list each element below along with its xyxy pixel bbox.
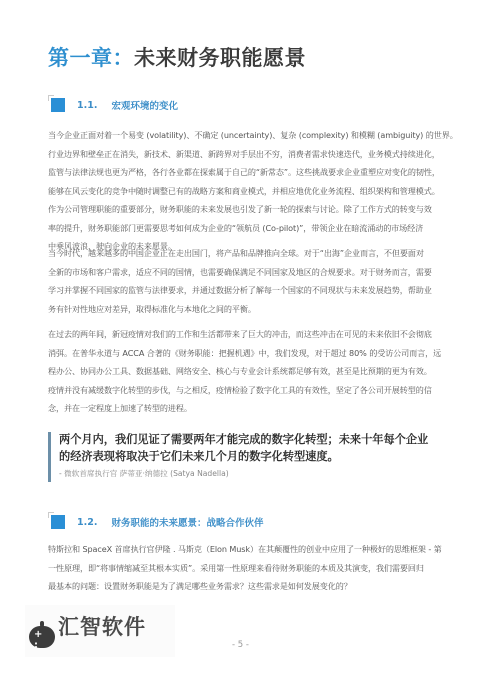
pull-quote: 两个月内，我们见证了需要两年才能完成的数字化转型；未来十年每个企业 的经济表现将… — [48, 432, 479, 482]
section-number: 1.1. — [77, 100, 97, 111]
paragraph-1: 当今企业正面对着一个易变 (volatility)、不确定 (uncertain… — [48, 126, 460, 256]
quote-line: 两个月内，我们见证了需要两年才能完成的数字化转型；未来十年每个企业 — [59, 432, 479, 449]
document-page: 第一章：未来财务职能愿景 1.1. 宏观环境的变化 当今企业正面对着一个易变 (… — [0, 0, 500, 678]
text-line: 能够在风云变化的竞争中随时调整已有的战略方案和商业模式，并相应地优化业务流程、组… — [48, 182, 460, 201]
text-line: 务有针对性地应对差异，取得标准化与本地化之间的平衡。 — [48, 300, 460, 319]
text-line: 当今企业正面对着一个易变 (volatility)、不确定 (uncertain… — [48, 126, 460, 145]
chapter-number: 第一章： — [48, 46, 134, 70]
text-line: 念，并在一定程度上加速了转型的进程。 — [48, 399, 460, 418]
text-line: 疫情并没有减缓数字化转型的步伐，与之相反，疫情检验了数字化工具的有效性，坚定了各… — [48, 381, 460, 400]
text-line: 监管与法律法规也更为严格，各行各业都在探索属于自己的“新常态”。这些挑战要求企业… — [48, 163, 460, 182]
watermark-logo: 汇智软件 — [25, 605, 175, 657]
section-heading-1-1: 1.1. 宏观环境的变化 — [51, 96, 178, 114]
text-line: 当今时代，越来越多的中国企业正在走出国门，将产品和品牌推向全球。对于“出海”企业… — [48, 244, 460, 263]
paragraph-2: 当今时代，越来越多的中国企业正在走出国门，将产品和品牌推向全球。对于“出海”企业… — [48, 244, 460, 318]
paragraph-3: 在过去的两年间，新冠疫情对我们的工作和生活都带来了巨大的冲击，而这些冲击在可见的… — [48, 325, 460, 418]
quote-attribution: - 微软首席执行官 萨蒂亚·纳德拉 (Satya Nadella) — [59, 466, 479, 482]
paragraph-4: 特斯拉和 SpaceX 首席执行官伊隆 . 马斯克（Elon Musk）在其颠覆… — [48, 540, 460, 596]
quote-line: 的经济表现将取决于它们未来几个月的数字化转型速度。 — [59, 449, 479, 466]
section-heading-1-2: 1.2. 财务职能的未来愿景：战略合作伙伴 — [51, 513, 263, 531]
text-line: 特斯拉和 SpaceX 首席执行官伊隆 . 马斯克（Elon Musk）在其颠覆… — [48, 540, 460, 559]
text-line: 作为公司管理职能的重要部分，财务职能的未来发展也引发了新一轮的探索与讨论。除了工… — [48, 200, 460, 219]
logo-text: 汇智软件 — [58, 611, 146, 641]
text-line: 在过去的两年间，新冠疫情对我们的工作和生活都带来了巨大的冲击，而这些冲击在可见的… — [48, 325, 460, 344]
section-title: 宏观环境的变化 — [111, 98, 178, 112]
text-line: 一性原理，即“将事情缩减至其根本实质”。采用第一性原理来看待财务职能的本质及其演… — [48, 559, 460, 578]
text-line: 消弭。在普华永道与 ACCA 合著的《财务职能：把握机遇》中，我们发现，对于超过… — [48, 344, 460, 363]
gamepad-icon — [29, 626, 55, 648]
page-number: - 5 - — [232, 640, 249, 650]
text-line: 率的提升，财务职能部门更需要思考如何成为企业的“领航员 (Co-pilot)”，… — [48, 219, 460, 238]
section-marker-icon — [51, 98, 65, 112]
text-line: 全新的市场和客户需求，适应不同的国情，也需要确保满足不同国家及地区的合规要求。对… — [48, 263, 460, 282]
chapter-title: 第一章：未来财务职能愿景 — [48, 44, 306, 72]
text-line: 最基本的问题：设置财务职能是为了满足哪些业务需求？这些需求是如何发展变化的？ — [48, 577, 460, 596]
section-marker-icon — [51, 515, 65, 529]
text-line: 程办公、协同办公工具、数据基础、网络安全、核心与专业会计系统都足够有效，甚至是比… — [48, 362, 460, 381]
section-title: 财务职能的未来愿景：战略合作伙伴 — [111, 515, 263, 529]
text-line: 行业边界和壁垒正在消失，新技术、新渠道、新跨界对手层出不穷，消费者需求快速迭代，… — [48, 145, 460, 164]
text-line: 学习并掌握不同国家的监管与法律要求，并通过数据分析了解每一个国家的不同现状与未来… — [48, 281, 460, 300]
chapter-title-text: 未来财务职能愿景 — [134, 46, 306, 70]
section-number: 1.2. — [77, 517, 97, 528]
